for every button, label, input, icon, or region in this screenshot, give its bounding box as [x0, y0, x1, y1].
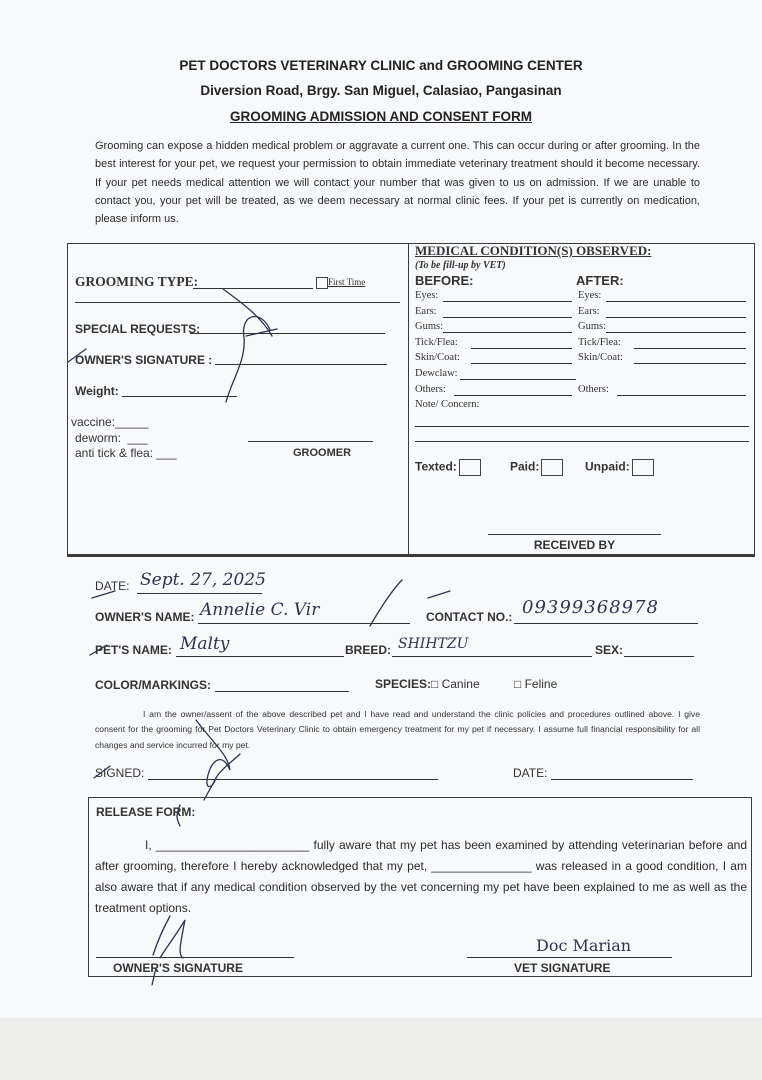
deworm-label: deworm: ___: [75, 431, 148, 445]
before-field-input[interactable]: [471, 348, 572, 349]
unpaid-checkbox[interactable]: [632, 459, 654, 476]
consent-date-label: DATE:: [513, 766, 547, 780]
consent-date-field[interactable]: [551, 779, 693, 780]
pet-name-label: PET'S NAME:: [95, 643, 172, 657]
signed-field[interactable]: [148, 779, 438, 780]
before-field-input[interactable]: [443, 301, 572, 302]
after-field-label: Tick/Flea:: [578, 337, 621, 348]
after-field-input[interactable]: [617, 395, 746, 396]
weight-label: Weight:: [75, 384, 119, 398]
vet-signature-value: Doc Marian: [536, 936, 631, 955]
before-field-input[interactable]: [471, 363, 572, 364]
sex-label: SEX:: [595, 643, 623, 657]
release-owner-blank[interactable]: _______________________: [156, 838, 310, 852]
after-field-label: Ears:: [578, 306, 600, 317]
medical-title: MEDICAL CONDITION(S) OBSERVED:: [415, 243, 651, 259]
groomer-signature-field[interactable]: [248, 441, 373, 442]
pet-name-line: [176, 656, 344, 657]
before-field-label: Tick/Flea:: [415, 337, 458, 348]
unpaid-field: Unpaid:: [585, 459, 654, 476]
species-canine-option[interactable]: □ Canine: [431, 677, 480, 691]
contact-line: [514, 623, 698, 624]
intro-paragraph: Grooming can expose a hidden medical pro…: [95, 137, 700, 228]
note-concern-line-2[interactable]: [415, 441, 749, 442]
signed-label: SIGNED:: [95, 766, 144, 780]
vaccine-label: vaccine:_____: [71, 415, 148, 429]
note-concern-label: Note/ Concern:: [415, 399, 479, 410]
grooming-type-extra-line[interactable]: [75, 302, 400, 303]
breed-line: [392, 656, 592, 657]
admission-box: [67, 243, 755, 557]
release-paragraph: I, _______________________ fully aware t…: [95, 835, 747, 919]
texted-field: Texted:: [415, 459, 481, 476]
texted-checkbox[interactable]: [459, 459, 481, 476]
species-feline-option[interactable]: □ Feline: [514, 677, 557, 691]
before-field-label: Dewclaw:: [415, 368, 458, 379]
owner-name-value[interactable]: Annelie C. Vir: [200, 600, 319, 620]
pet-name-value[interactable]: Malty: [180, 634, 229, 654]
first-time-checkbox[interactable]: [316, 277, 328, 289]
release-form-title: RELEASE FORM:: [96, 805, 195, 819]
clinic-name: PET DOCTORS VETERINARY CLINIC and GROOMI…: [0, 58, 762, 73]
before-field-input[interactable]: [443, 317, 572, 318]
color-markings-label: COLOR/MARKINGS:: [95, 678, 211, 692]
after-field-input[interactable]: [606, 317, 746, 318]
date-value[interactable]: Sept. 27, 2025: [140, 570, 266, 590]
after-field-label: Eyes:: [578, 290, 601, 301]
release-pet-blank[interactable]: _______________: [431, 859, 531, 873]
column-divider: [408, 243, 409, 554]
feline-checkbox[interactable]: □: [514, 677, 521, 691]
canine-checkbox[interactable]: □: [431, 677, 438, 691]
owner-name-label: OWNER'S NAME:: [95, 610, 195, 624]
after-label: AFTER:: [576, 273, 624, 288]
grooming-type-field[interactable]: [193, 288, 313, 289]
received-by-label: RECEIVED BY: [488, 538, 661, 552]
form-title: GROOMING ADMISSION AND CONSENT FORM: [0, 109, 762, 124]
paid-checkbox[interactable]: [541, 459, 563, 476]
special-requests-label: SPECIAL REQUESTS:: [75, 322, 200, 336]
before-field-label: Ears:: [415, 306, 437, 317]
first-time-label: First Time: [328, 277, 365, 287]
owner-signature-label: OWNER'S SIGNATURE :: [75, 353, 212, 367]
after-field-label: Others:: [578, 384, 609, 395]
note-concern-line-1[interactable]: [415, 426, 749, 427]
after-field-input[interactable]: [606, 301, 746, 302]
consent-paragraph: I am the owner/assent of the above descr…: [95, 707, 700, 753]
before-field-label: Others:: [415, 384, 446, 395]
vet-signature-line[interactable]: [467, 957, 672, 958]
clinic-address: Diversion Road, Brgy. San Miguel, Calasi…: [0, 83, 762, 98]
before-field-input[interactable]: [443, 332, 572, 333]
before-field-label: Gums:: [415, 321, 443, 332]
paid-field: Paid:: [510, 459, 563, 476]
after-field-input[interactable]: [634, 348, 746, 349]
after-field-label: Gums:: [578, 321, 606, 332]
breed-label: BREED:: [345, 643, 391, 657]
received-by-field[interactable]: [488, 534, 661, 535]
grooming-type-label: GROOMING TYPE:: [75, 274, 198, 290]
contact-label: CONTACT NO.:: [426, 610, 512, 624]
release-owner-signature-line[interactable]: [96, 957, 294, 958]
color-markings-field[interactable]: [215, 691, 349, 692]
before-field-input[interactable]: [460, 379, 576, 380]
anti-tick-label: anti tick & flea: ___: [75, 446, 176, 460]
special-requests-field[interactable]: [190, 333, 385, 334]
owner-signature-field[interactable]: [215, 364, 387, 365]
weight-field[interactable]: [122, 396, 237, 397]
after-field-input[interactable]: [634, 363, 746, 364]
vet-signature-label: VET SIGNATURE: [514, 961, 610, 975]
before-field-label: Eyes:: [415, 290, 438, 301]
scan-background: [0, 1018, 762, 1080]
before-label: BEFORE:: [415, 273, 474, 288]
owner-name-line: [198, 623, 410, 624]
medical-subtitle: (To be fill-up by VET): [415, 260, 506, 271]
after-field-input[interactable]: [606, 332, 746, 333]
date-line: [137, 593, 262, 594]
before-field-input[interactable]: [454, 395, 572, 396]
species-label: SPECIES:: [375, 677, 431, 691]
contact-value[interactable]: 09399368978: [522, 597, 659, 618]
before-field-label: Skin/Coat:: [415, 352, 460, 363]
sex-field[interactable]: [624, 656, 694, 657]
date-label: DATE:: [95, 579, 129, 593]
groomer-label: GROOMER: [293, 447, 351, 459]
after-field-label: Skin/Coat:: [578, 352, 623, 363]
release-owner-signature-label: OWNER'S SIGNATURE: [113, 961, 243, 975]
breed-value[interactable]: SHIHTZU: [398, 636, 468, 652]
